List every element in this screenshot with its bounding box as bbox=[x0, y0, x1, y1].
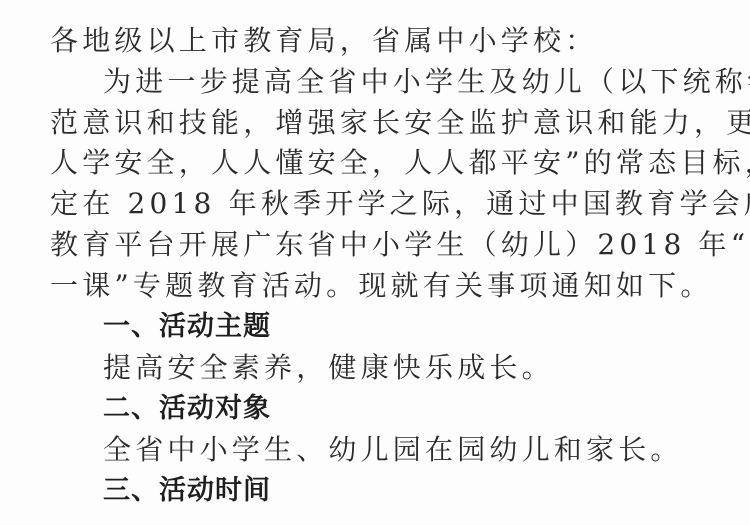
paragraph-line: 一课”专题教育活动。现就有关事项通知如下。 bbox=[50, 265, 713, 306]
paragraph-line: 人学安全，人人懂安全，人人都平安”的常态目标，省教育厅决 bbox=[50, 142, 750, 183]
paragraph-line: 教育平台开展广东省中小学生（幼儿）2018 年“秋季开学安全第 bbox=[50, 224, 750, 265]
paragraph-line: 为进一步提高全省中小学生及幼儿（以下统称学生）安全防 bbox=[103, 61, 750, 102]
paragraph-line: 范意识和技能，增强家长安全监护意识和能力，更好地实现“人 bbox=[50, 102, 750, 143]
section-heading-time: 三、活动时间 bbox=[103, 470, 271, 511]
paragraph-line: 定在 2018 年秋季开学之际，通过中国教育学会广东省学校安全 bbox=[50, 183, 750, 224]
section-body-target: 全省中小学生、幼儿园在园幼儿和家长。 bbox=[103, 429, 683, 470]
document-page: 各地级以上市教育局，省属中小学校： 为进一步提高全省中小学生及幼儿（以下统称学生… bbox=[0, 0, 750, 525]
section-heading-target: 二、活动对象 bbox=[103, 388, 271, 429]
salutation: 各地级以上市教育局，省属中小学校： bbox=[50, 20, 597, 61]
section-heading-theme: 一、活动主题 bbox=[103, 306, 271, 347]
section-body-theme: 提高安全素养，健康快乐成长。 bbox=[103, 347, 554, 388]
